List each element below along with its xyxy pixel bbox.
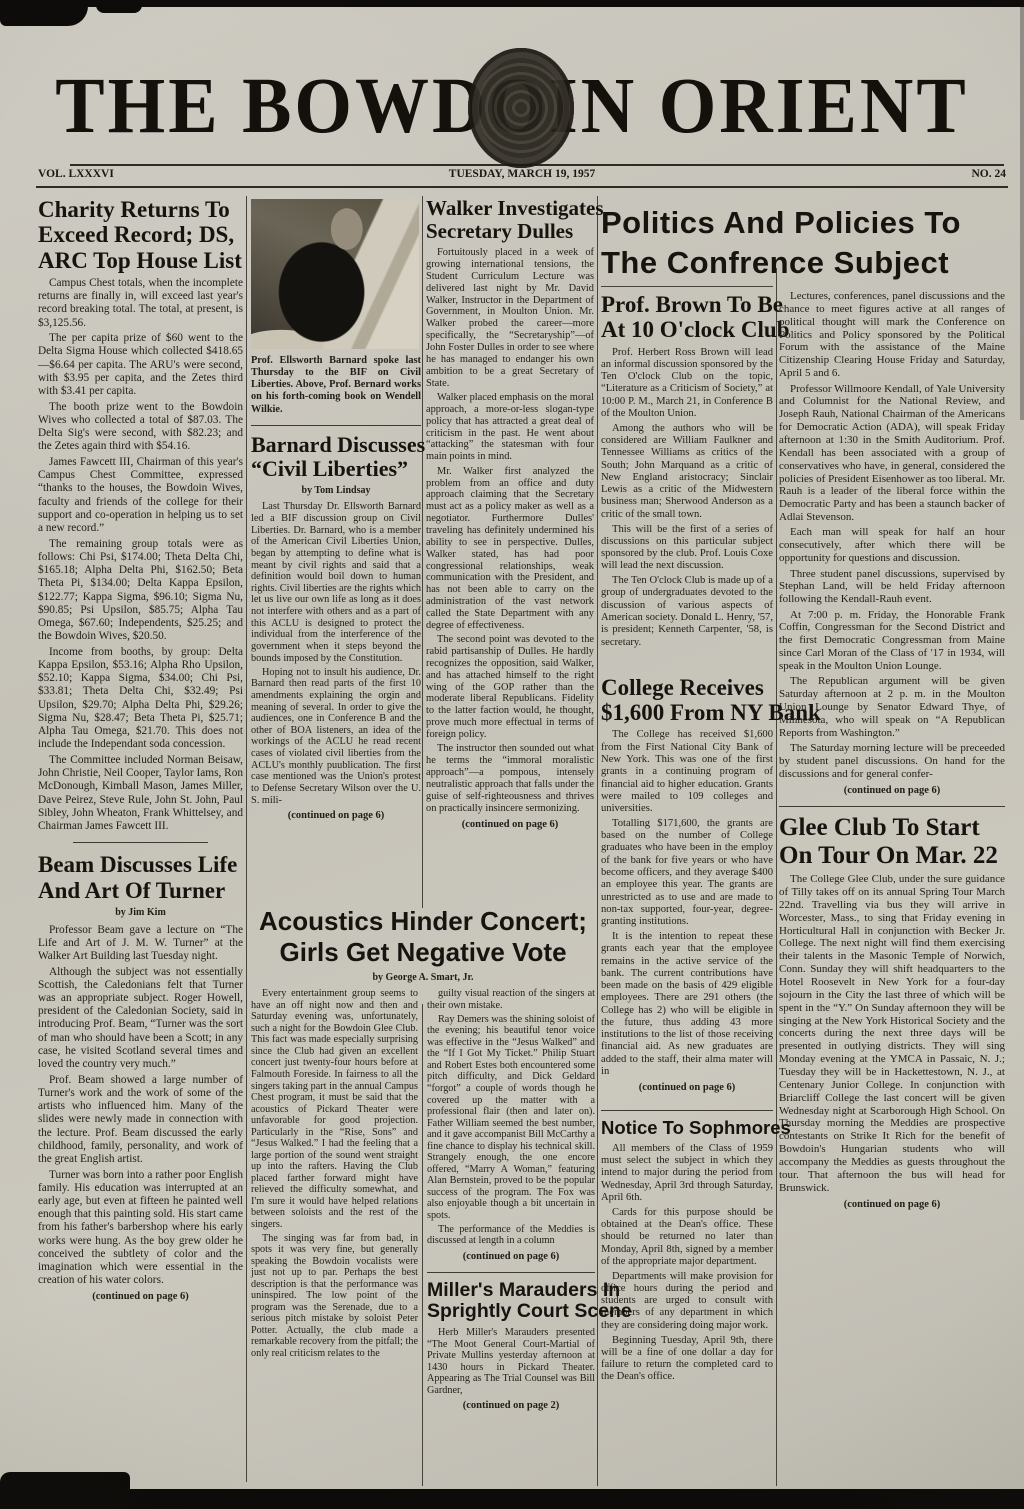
section-divider [601, 1110, 773, 1111]
paragraph: Herb Miller's Marauders presented “The M… [427, 1327, 595, 1396]
article-millers: Miller's Marauders InSprightly Court Sce… [427, 1280, 595, 1413]
article-walker: Walker InvestigatesSecretary Dulles Fort… [426, 197, 594, 831]
paragraph: The singing was far from bad, in spots i… [251, 1233, 418, 1360]
article-acoustics-byline: by George A. Smart, Jr. [251, 972, 595, 983]
paragraph: The College has received $1,600 from the… [601, 729, 773, 815]
issue-date: TUESDAY, MARCH 19, 1957 [258, 168, 786, 180]
article-millers-headline: Miller's Marauders InSprightly Court Sce… [427, 1280, 595, 1324]
article-walker-body: Fortuitously placed in a week of growing… [426, 247, 594, 814]
scan-artifact-top [0, 0, 1024, 7]
paragraph: Professor Willmoore Kendall, of Yale Uni… [779, 383, 1005, 524]
headline-line: Secretary Dulles [426, 220, 594, 243]
article-college: College Receives$1,600 From NY Bank The … [601, 675, 773, 1095]
article-college-body: The College has received $1,600 from the… [601, 729, 773, 1078]
headline-line: ARC Top House List [38, 248, 243, 273]
continued-notice: (continued on page 6) [601, 1082, 773, 1094]
headline-line: Politics And Policies To [601, 203, 1005, 243]
masthead-rule-bottom [36, 186, 1008, 188]
section-divider [427, 1272, 595, 1273]
scan-artifact-top-left-2 [96, 0, 142, 13]
paragraph: Fortuitously placed in a week of growing… [426, 247, 594, 389]
article-acoustics-headline: Acoustics Hinder Concert;Girls Get Negat… [251, 906, 595, 968]
paragraph: This will be the first of a series of di… [601, 524, 773, 573]
continued-notice: (continued on page 6) [426, 819, 594, 831]
paragraph: Walker placed emphasis on the moral appr… [426, 392, 594, 463]
column-rule [246, 196, 247, 1482]
paragraph: The College Glee Club, under the sure gu… [779, 873, 1005, 1194]
section-divider [779, 806, 1005, 807]
column-rule [422, 196, 423, 908]
paragraph: James Fawcett III, Chairman of this year… [38, 456, 243, 535]
headline-line: “Civil Liberties” [251, 457, 421, 481]
college-seal-icon [468, 48, 574, 168]
paragraph: Every entertainment group seems to have … [251, 988, 418, 1230]
column-1: Charity Returns ToExceed Record; DS,ARC … [38, 197, 243, 1485]
issue-number: NO. 24 [786, 168, 1006, 180]
article-beam-body: Professor Beam gave a lecture on “The Li… [38, 924, 243, 1288]
acoustics-right-column: guilty visual reaction of the singers at… [427, 988, 595, 1414]
paragraph: The Committee included Norman Beisaw, Jo… [38, 754, 243, 833]
paragraph: Professor Beam gave a lecture on “The Li… [38, 924, 243, 964]
article-millers-body: Herb Miller's Marauders presented “The M… [427, 1327, 595, 1396]
acoustics-left-column: Every entertainment group seems to have … [251, 988, 418, 1414]
headline-line: And Art Of Turner [38, 878, 243, 903]
continued-notice: (continued on page 6) [779, 785, 1005, 797]
paragraph: The Saturday morning lecture will be pre… [779, 742, 1005, 781]
dateline: VOL. LXXXVI TUESDAY, MARCH 19, 1957 NO. … [38, 168, 1006, 180]
paragraph: The Ten O'clock Club is made up of a gro… [601, 575, 773, 649]
headline-line: College Receives [601, 675, 773, 700]
article-charity: Charity Returns ToExceed Record; DS,ARC … [38, 197, 243, 833]
headline-line: Glee Club To Start [779, 814, 1005, 842]
paragraph: Ray Demers was the shining soloist of th… [427, 1014, 595, 1221]
paragraph: The Republican argument will be given Sa… [779, 675, 1005, 739]
volume-label: VOL. LXXXVI [38, 168, 258, 180]
paragraph: The instructor then sounded out what he … [426, 743, 594, 814]
barnard-photo [251, 199, 419, 349]
paragraph: Among the authors who will be considered… [601, 423, 773, 521]
article-college-headline: College Receives$1,600 From NY Bank [601, 675, 773, 726]
headline-line: The Confrence Subject [601, 243, 1005, 283]
headline-line: Acoustics Hinder Concert; [251, 906, 595, 937]
headline-line: Prof. Brown To Be [601, 292, 773, 317]
paragraph: Lectures, conferences, panel discussions… [779, 290, 1005, 380]
paragraph: Three student panel discussions, supervi… [779, 568, 1005, 607]
article-walker-headline: Walker InvestigatesSecretary Dulles [426, 197, 594, 243]
paragraph: The second point was devoted to the rabi… [426, 634, 594, 741]
continued-notice: (continued on page 6) [779, 1199, 1005, 1211]
paragraph: Each man will speak for half an hour con… [779, 526, 1005, 565]
continued-notice: (continued on page 6) [38, 1291, 243, 1303]
headline-line: Barnard Discusses [251, 433, 421, 457]
headline-line: Beam Discusses Life [38, 852, 243, 877]
paragraph: guilty visual reaction of the singers at… [427, 988, 595, 1011]
paragraph: Income from booths, by group: Delta Kapp… [38, 646, 243, 752]
article-glee-headline: Glee Club To StartOn Tour On Mar. 22 [779, 814, 1005, 869]
continued-notice: (continued on page 6) [251, 810, 421, 822]
article-conference-body: Lectures, conferences, panel discussions… [779, 290, 1005, 797]
article-barnard: Barnard Discusses“Civil Liberties” by To… [251, 433, 421, 822]
continued-notice: (continued on page 6) [427, 1251, 595, 1263]
article-brown-headline: Prof. Brown To BeAt 10 O'clock Club [601, 292, 773, 343]
article-barnard-body: Last Thursday Dr. Ellsworth Barnard led … [251, 501, 421, 806]
paragraph: Mr. Walker first analyzed the problem fr… [426, 466, 594, 632]
paragraph: Turner was born into a rather poor Engli… [38, 1169, 243, 1288]
headline-line: Sprightly Court Scene [427, 1301, 595, 1323]
paragraph: Prof. Beam showed a large number of Turn… [38, 1074, 243, 1166]
article-charity-body: Campus Chest totals, when the incomplete… [38, 277, 243, 833]
headline-line: Charity Returns To [38, 197, 243, 222]
paragraph: The performance of the Meddies is discus… [427, 1224, 595, 1247]
headline-line: At 10 O'clock Club [601, 317, 773, 342]
article-beam-byline: by Jim Kim [38, 907, 243, 919]
paragraph: Beginning Tuesday, April 9th, there will… [601, 1335, 773, 1384]
article-beam-headline: Beam Discusses LifeAnd Art Of Turner [38, 852, 243, 903]
section-divider [73, 842, 208, 843]
scan-artifact-bottom [0, 1489, 1024, 1509]
paragraph: Hoping not to insult his audience, Dr. B… [251, 667, 421, 807]
article-barnard-headline: Barnard Discusses“Civil Liberties” [251, 433, 421, 481]
headline-line: On Tour On Mar. 22 [779, 842, 1005, 870]
article-notice-headline: Notice To Sophmores [601, 1118, 773, 1138]
column-3: Walker InvestigatesSecretary Dulles Fort… [426, 197, 594, 907]
column-2: Prof. Ellsworth Barnard spoke last Thurs… [251, 199, 421, 907]
continued-notice: (continued on page 2) [427, 1400, 595, 1412]
column-5: Lectures, conferences, panel discussions… [779, 290, 1005, 1485]
headline-line: $1,600 From NY Bank [601, 700, 773, 725]
paragraph: At 7:00 p. m. Friday, the Honorable Fran… [779, 609, 1005, 673]
article-barnard-byline: by Tom Lindsay [251, 485, 421, 496]
article-beam: Beam Discusses LifeAnd Art Of Turner by … [38, 852, 243, 1304]
article-glee-body: The College Glee Club, under the sure gu… [779, 873, 1005, 1194]
article-notice-body: All members of the Class of 1959 must se… [601, 1143, 773, 1384]
paragraph: Cards for this purpose should be obtaine… [601, 1207, 773, 1268]
headline-line: Miller's Marauders In [427, 1280, 595, 1302]
paragraph: Prof. Herbert Ross Brown will lead an in… [601, 347, 773, 421]
article-notice: Notice To Sophmores All members of the C… [601, 1118, 773, 1383]
article-acoustics: Acoustics Hinder Concert;Girls Get Negat… [251, 906, 595, 1489]
section-divider [251, 425, 421, 426]
headline-line: Walker Investigates [426, 197, 594, 220]
paragraph: Although the subject was not essentially… [38, 966, 243, 1072]
article-glee: Glee Club To StartOn Tour On Mar. 22 The… [779, 814, 1005, 1211]
photo-caption: Prof. Ellsworth Barnard spoke last Thurs… [251, 355, 421, 416]
paragraph: Campus Chest totals, when the incomplete… [38, 277, 243, 330]
paragraph: The per capita prize of $60 went to the … [38, 332, 243, 398]
paragraph: The booth prize went to the Bowdoin Wive… [38, 401, 243, 454]
headline-line: Notice To Sophmores [601, 1118, 773, 1138]
scan-artifact-top-left [0, 0, 88, 26]
headline-line: Exceed Record; DS, [38, 222, 243, 247]
article-politics-headline: Politics And Policies ToThe Confrence Su… [601, 203, 1005, 289]
column-rule [776, 268, 777, 1486]
paragraph: Last Thursday Dr. Ellsworth Barnard led … [251, 501, 421, 664]
paragraph: All members of the Class of 1959 must se… [601, 1143, 773, 1204]
paragraph: Totalling $171,600, the grants are based… [601, 818, 773, 929]
article-charity-headline: Charity Returns ToExceed Record; DS,ARC … [38, 197, 243, 273]
paragraph: The remaining group totals were as follo… [38, 538, 243, 644]
headline-line: Girls Get Negative Vote [251, 937, 595, 968]
newspaper-page: THE BOWDOIN ORIENT VOL. LXXXVI TUESDAY, … [0, 0, 1024, 1509]
paragraph: It is the intention to repeat these gran… [601, 931, 773, 1078]
article-brown-body: Prof. Herbert Ross Brown will lead an in… [601, 347, 773, 649]
article-brown: Prof. Brown To BeAt 10 O'clock Club Prof… [601, 292, 773, 649]
